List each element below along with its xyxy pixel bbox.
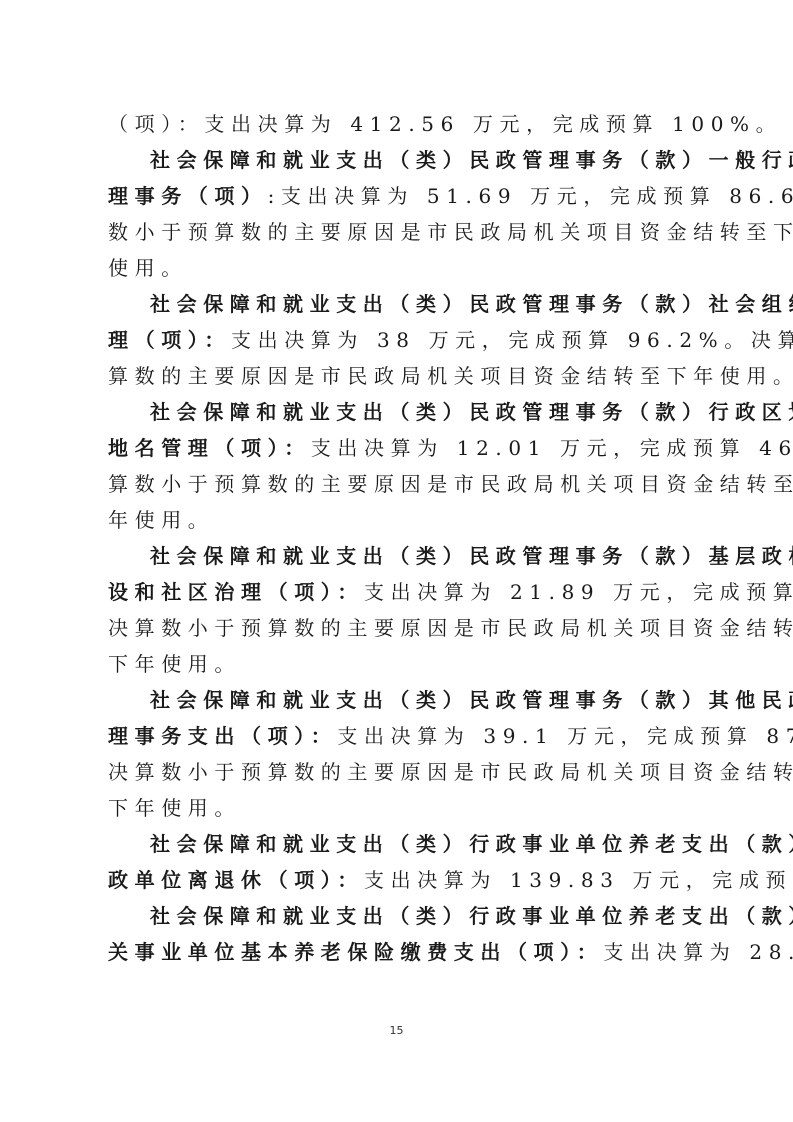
text-line: 社会保障和就业支出（类）行政事业单位养老支出（款）行: [108, 826, 698, 862]
item-text: 支出决算为 139.83 万元，完成预算 100%。: [364, 868, 793, 892]
item-text: 决算数小于预算数的主要原因是市民政局机关项目资金结转至: [108, 616, 793, 640]
text-line: 社会保障和就业支出（类）民政管理事务（款）基层政权建: [108, 538, 698, 574]
text-line: 社会保障和就业支出（类）民政管理事务（款）社会组织管: [108, 286, 698, 322]
item-heading: 理事务（项）: [108, 184, 268, 208]
item-heading: 理事务支出（项）：: [108, 724, 337, 748]
text-line: 理事务支出（项）：支出决算为 39.1 万元，完成预算 87.82%，: [108, 718, 698, 754]
paragraph: 社会保障和就业支出（类）行政事业单位养老支出（款）行政单位离退休（项）：支出决算…: [108, 826, 698, 898]
item-heading: 关事业单位基本养老保险缴费支出（项）：: [108, 940, 603, 964]
text-line: 下年使用。: [108, 790, 698, 826]
item-heading: 理（项）：: [108, 328, 231, 352]
item-heading: 社会保障和就业支出（类）民政管理事务（款）社会组织管: [150, 292, 793, 316]
item-heading: 社会保障和就业支出（类）民政管理事务（款）其他民政管: [150, 688, 793, 712]
item-heading: 社会保障和就业支出（类）民政管理事务（款）基层政权建: [150, 544, 793, 568]
paragraph: 社会保障和就业支出（类）民政管理事务（款）其他民政管理事务支出（项）：支出决算为…: [108, 682, 698, 826]
text-line: 理事务（项）:支出决算为 51.69 万元，完成预算 86.6%。决算: [108, 178, 698, 214]
item-text: 数小于预算数的主要原因是市民政局机关项目资金结转至下年: [108, 220, 793, 244]
text-line: 关事业单位基本养老保险缴费支出（项）：支出决算为 28.79 万: [108, 934, 698, 970]
text-line: 社会保障和就业支出（类）民政管理事务（款）行政区划和: [108, 394, 698, 430]
item-text: 使用。: [108, 256, 188, 280]
item-text: 下年使用。: [108, 652, 241, 676]
item-heading: 社会保障和就业支出（类）行政事业单位养老支出（款）行: [150, 832, 793, 856]
item-text: 支出决算为 39.1 万元，完成预算 87.82%，: [337, 724, 793, 748]
paragraph: 社会保障和就业支出（类）民政管理事务（款）基层政权建设和社区治理（项）：支出决算…: [108, 538, 698, 682]
paragraph: 社会保障和就业支出（类）民政管理事务（款）社会组织管理（项）：支出决算为 38 …: [108, 286, 698, 394]
item-text: 支出决算为 21.89 万元，完成预算 38.4%。: [364, 580, 793, 604]
text-line: 决算数小于预算数的主要原因是市民政局机关项目资金结转至: [108, 754, 698, 790]
item-heading: 社会保障和就业支出（类）民政管理事务（款）一般行政管: [150, 148, 793, 172]
item-text: （项）：支出决算为 412.56 万元，完成预算 100%。: [108, 112, 782, 136]
text-line: 政单位离退休（项）：支出决算为 139.83 万元，完成预算 100%。: [108, 862, 698, 898]
item-text: 支出决算为 12.01 万元，完成预算 46.19%。决: [311, 436, 793, 460]
item-text: 支出决算为 38 万元，完成预算 96.2%。决算数小于预: [231, 328, 793, 352]
text-line: 数小于预算数的主要原因是市民政局机关项目资金结转至下年: [108, 214, 698, 250]
item-heading: 社会保障和就业支出（类）行政事业单位养老支出（款）机: [150, 904, 793, 928]
page-number: 15: [0, 1024, 793, 1037]
paragraph: （项）：支出决算为 412.56 万元，完成预算 100%。: [108, 106, 698, 142]
item-text: 算数小于预算数的主要原因是市民政局机关项目资金结转至下: [108, 472, 793, 496]
text-line: 年使用。: [108, 502, 698, 538]
text-line: 下年使用。: [108, 646, 698, 682]
text-line: 使用。: [108, 250, 698, 286]
text-line: （项）：支出决算为 412.56 万元，完成预算 100%。: [108, 106, 698, 142]
text-line: 决算数小于预算数的主要原因是市民政局机关项目资金结转至: [108, 610, 698, 646]
text-line: 算数的主要原因是市民政局机关项目资金结转至下年使用。: [108, 358, 698, 394]
text-line: 地名管理（项）：支出决算为 12.01 万元，完成预算 46.19%。决: [108, 430, 698, 466]
paragraph: 社会保障和就业支出（类）民政管理事务（款）一般行政管理事务（项）:支出决算为 5…: [108, 142, 698, 286]
text-line: 设和社区治理（项）：支出决算为 21.89 万元，完成预算 38.4%。: [108, 574, 698, 610]
item-text: 年使用。: [108, 508, 214, 532]
item-heading: 政单位离退休（项）：: [108, 868, 364, 892]
document-body: （项）：支出决算为 412.56 万元，完成预算 100%。社会保障和就业支出（…: [108, 106, 698, 970]
item-heading: 社会保障和就业支出（类）民政管理事务（款）行政区划和: [150, 400, 793, 424]
item-text: :支出决算为 51.69 万元，完成预算 86.6%。决算: [268, 184, 793, 208]
item-text: 支出决算为 28.79 万: [603, 940, 793, 964]
item-heading: 设和社区治理（项）：: [108, 580, 364, 604]
item-text: 决算数小于预算数的主要原因是市民政局机关项目资金结转至: [108, 760, 793, 784]
text-line: 社会保障和就业支出（类）行政事业单位养老支出（款）机: [108, 898, 698, 934]
text-line: 社会保障和就业支出（类）民政管理事务（款）其他民政管: [108, 682, 698, 718]
text-line: 算数小于预算数的主要原因是市民政局机关项目资金结转至下: [108, 466, 698, 502]
text-line: 社会保障和就业支出（类）民政管理事务（款）一般行政管: [108, 142, 698, 178]
item-heading: 地名管理（项）：: [108, 436, 311, 460]
text-line: 理（项）：支出决算为 38 万元，完成预算 96.2%。决算数小于预: [108, 322, 698, 358]
item-text: 算数的主要原因是市民政局机关项目资金结转至下年使用。: [108, 364, 793, 388]
item-text: 下年使用。: [108, 796, 241, 820]
paragraph: 社会保障和就业支出（类）民政管理事务（款）行政区划和地名管理（项）：支出决算为 …: [108, 394, 698, 538]
paragraph: 社会保障和就业支出（类）行政事业单位养老支出（款）机关事业单位基本养老保险缴费支…: [108, 898, 698, 970]
